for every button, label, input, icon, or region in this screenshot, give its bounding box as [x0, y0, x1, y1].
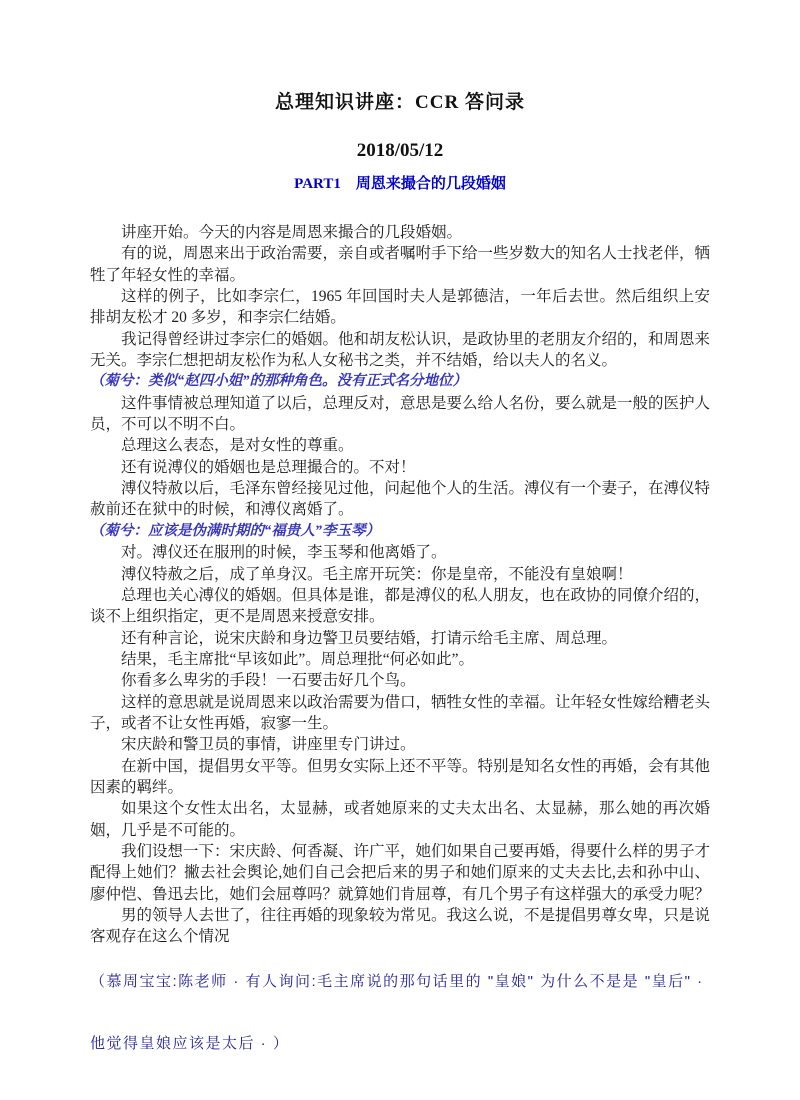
paragraph: 男的领导人去世了，往往再婚的现象较为常见。我这么说，不是提倡男尊女卑，只是说客观… [90, 905, 710, 948]
paragraph: 讲座开始。今天的内容是周恩来撮合的几段婚姻。 [90, 222, 710, 243]
annotation-note: （慕周宝宝:陈老师 · 有人询问:毛主席说的那句话里的 "皇娘" 为什么不是是 … [90, 951, 710, 1075]
paragraph: 还有说溥仪的婚姻也是总理撮合的。不对！ [90, 457, 710, 478]
paragraph: 这样的例子，比如李宗仁，1965 年回国时夫人是郭德洁，一年后去世。然后组织上安… [90, 286, 710, 329]
annotation-note: （菊兮：类似“赵四小姐”的那种角色。没有正式名分地位） [90, 371, 710, 392]
paragraph: 总理也关心溥仪的婚姻。但具体是谁，都是溥仪的私人朋友，也在政协的同僚介绍的，谈不… [90, 585, 710, 628]
paragraph: 宋庆龄和警卫员的事情，讲座里专门讲过。 [90, 734, 710, 755]
paragraph: 总理这么表态，是对女性的尊重。 [90, 435, 710, 456]
document-page: 总理知识讲座：CCR 答问录 2018/05/12 PART1 周恩来撮合的几段… [0, 0, 800, 1100]
document-date: 2018/05/12 [90, 140, 710, 162]
paragraph: 我们设想一下：宋庆龄、何香凝、许广平，她们如果自己要再婚，得要什么样的男子才配得… [90, 841, 710, 905]
paragraph: 在新中国，提倡男女平等。但男女实际上还不平等。特别是知名女性的再婚，会有其他因素… [90, 756, 710, 799]
paragraph: 溥仪特赦以后，毛泽东曾经接见过他，问起他个人的生活。溥仪有一个妻子，在溥仪特赦前… [90, 478, 710, 521]
paragraph: 这件事情被总理知道了以后，总理反对，意思是要么给人名份，要么就是一般的医护人员，… [90, 393, 710, 436]
paragraph: 结果，毛主席批“早该如此”。周总理批“何必如此”。 [90, 649, 710, 670]
paragraph: 如果这个女性太出名，太显赫，或者她原来的丈夫太出名、太显赫，那么她的再次婚姻，几… [90, 798, 710, 841]
annotation-note: （菊兮：应该是伪满时期的“福贵人”李玉琴） [90, 521, 710, 542]
section-heading: PART1 周恩来撮合的几段婚姻 [90, 174, 710, 194]
document-title: 总理知识讲座：CCR 答问录 [90, 92, 710, 114]
paragraph: 有的说，周恩来出于政治需要，亲自或者嘱咐手下给一些岁数大的知名人士找老伴，牺牲了… [90, 243, 710, 286]
paragraph: 溥仪特赦之后，成了单身汉。毛主席开玩笑：你是皇帝，不能没有皇娘啊！ [90, 564, 710, 585]
paragraph: 还有种言论，说宋庆龄和身边警卫员要结婚，打请示给毛主席、周总理。 [90, 628, 710, 649]
paragraph: 对。溥仪还在服刑的时候，李玉琴和他离婚了。 [90, 542, 710, 563]
paragraph: 我记得曾经讲过李宗仁的婚姻。他和胡友松认识，是政协里的老朋友介绍的，和周恩来无关… [90, 329, 710, 372]
document-body: 讲座开始。今天的内容是周恩来撮合的几段婚姻。有的说，周恩来出于政治需要，亲自或者… [90, 222, 710, 1075]
paragraph: 这样的意思就是说周恩来以政治需要为借口，牺牲女性的幸福。让年轻女性嫁给糟老头子，… [90, 692, 710, 735]
document-content: 总理知识讲座：CCR 答问录 2018/05/12 PART1 周恩来撮合的几段… [0, 0, 800, 1075]
paragraph: 你看多么卑劣的手段！一石要击好几个鸟。 [90, 670, 710, 691]
